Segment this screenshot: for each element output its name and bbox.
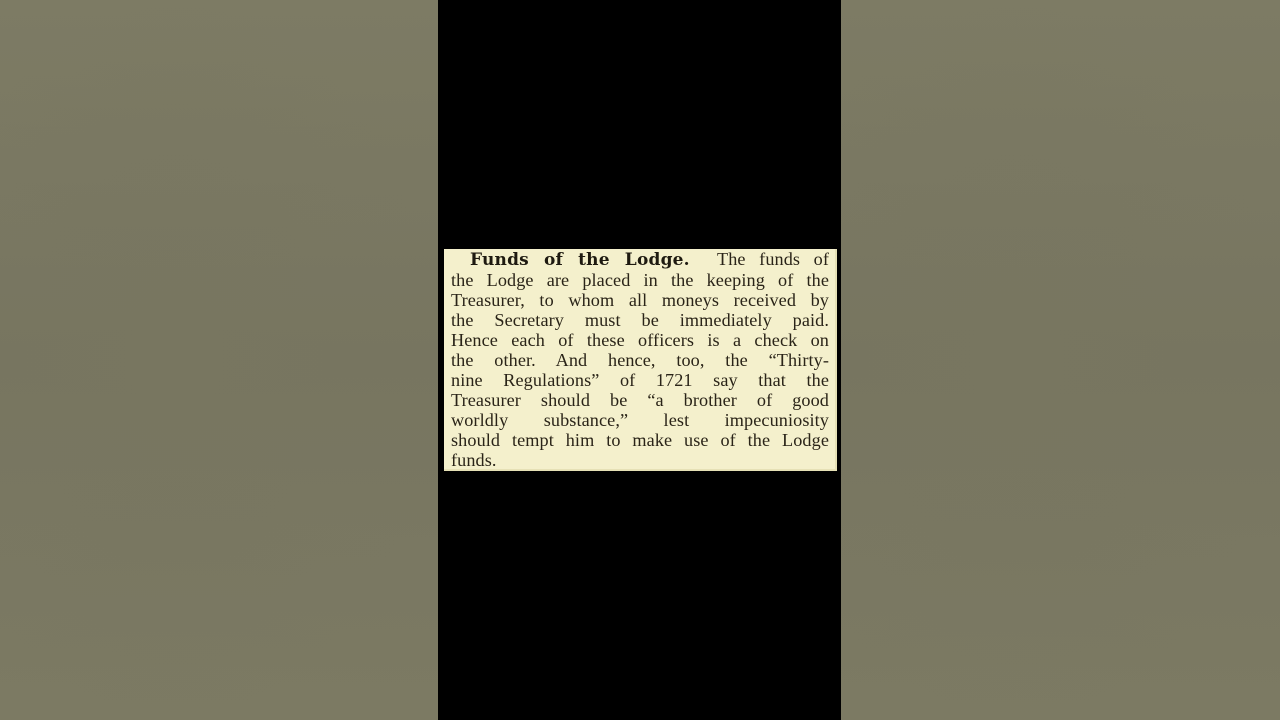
newspaper-clipping: Funds of the Lodge. The funds of the Lod…: [444, 249, 837, 471]
text-line: nine Regulations” of 1721 say that the: [451, 370, 829, 390]
clipping-text: Funds of the Lodge. The funds of the Lod…: [451, 249, 829, 470]
text-line: Treasurer, to whom all moneys received b…: [451, 290, 829, 310]
text-line: the other. And hence, too, the “Thirty-: [451, 350, 829, 370]
text-line: the Lodge are placed in the keeping of t…: [451, 270, 829, 290]
blurred-background-left: [0, 0, 438, 720]
text-line: funds.: [451, 450, 829, 470]
text-line: the Secretary must be immediately paid.: [451, 310, 829, 330]
text-line: Treasurer should be “a brother of good: [451, 390, 829, 410]
blurred-background-right: [841, 0, 1280, 720]
clipping-heading: Funds of the Lodge.: [451, 250, 690, 270]
text-line: Funds of the Lodge. The funds of: [451, 249, 829, 270]
text-line: worldly substance,” lest impecuniosity: [451, 410, 829, 430]
text-line: Hence each of these officers is a check …: [451, 330, 829, 350]
text-line: should tempt him to make use of the Lodg…: [451, 430, 829, 450]
